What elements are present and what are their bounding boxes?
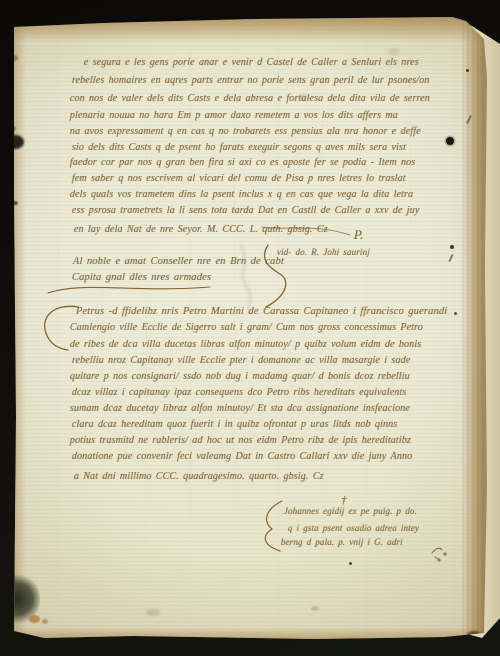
left-edge-brown-spot — [11, 55, 18, 61]
latin-letter-line: rebelliu nroz Capitanay ville Ecclie pte… — [72, 355, 411, 367]
catalan-letter-line: rebelles homaires en aqres parts entrar … — [72, 75, 430, 87]
catalan-letter-line: e segura e les gens porie anar e venir d… — [84, 57, 419, 69]
notarial-tall-mark: † — [341, 494, 348, 506]
catalan-letter-year-line: en lay dela Nat de nre Seyor. M. CCC. L.… — [74, 224, 328, 236]
ink-speck — [349, 562, 352, 565]
catalan-letter-line: dels quals vos trametem dins la psent in… — [70, 189, 414, 201]
foxing-spot — [388, 48, 400, 56]
catalan-letter-dateline: ess psrosa trametrets la li sens tota ta… — [72, 205, 420, 217]
catalan-letter-line: plenaria nouua no hara Em p amor daxo re… — [70, 110, 398, 122]
registration-mark: P. — [354, 229, 364, 241]
bottom-right-dot — [438, 559, 440, 561]
notarial-line: berng d pala. p. vnij i G. adri — [281, 537, 403, 548]
latin-initial-overline-swash — [48, 287, 210, 293]
latin-letter-line: dcaz villaz i capitanay ipaz consequens … — [72, 387, 407, 399]
catalan-letter-line: con nos de valer dels dits Casts e dela … — [70, 93, 430, 105]
ink-speck — [450, 245, 454, 249]
bottom-right-dot — [444, 553, 446, 555]
left-edge-browning — [14, 17, 26, 639]
address-line: Al noble e amat Conseller nre en Brn de … — [73, 256, 284, 268]
left-edge-dark-dash — [11, 201, 18, 205]
catalan-letter-line: fem saber q nos escrivem al vicari del c… — [72, 173, 406, 185]
manuscript-page: e segura e les gens porie anar e venir d… — [14, 17, 487, 639]
left-edge-brown-spot — [10, 126, 16, 131]
ink-speck — [454, 312, 457, 315]
ink-speck — [466, 69, 469, 72]
latin-letter-dateline: donatione pue convenir feci valeamg Dat … — [72, 451, 413, 463]
foxing-spot — [311, 606, 319, 611]
top-edge-browning — [14, 17, 487, 43]
notarial-line: Johannes egidij ex pe puig. p do. — [284, 506, 417, 517]
pen-hair-mark — [448, 254, 453, 262]
vidit-annotation: vid- do. R. Johi saurinj — [277, 247, 370, 258]
notarial-line: q i gsta psent osadio adrea intey — [288, 523, 420, 534]
bottom-left-orange-spot — [29, 615, 40, 623]
latin-letter-line: de ribes de dca villa ducetas libras alf… — [70, 339, 422, 351]
bottom-right-squiggle — [432, 548, 442, 559]
notarial-brace — [265, 501, 282, 551]
latin-letter-line: potius trasmitd ne rableris/ ad hoc ut n… — [70, 435, 411, 447]
catalan-letter-line: na avos expressament q en cas q no troba… — [70, 126, 421, 138]
left-edge-dark-stain — [6, 135, 24, 149]
photo-background: e segura e les gens porie anar e venir d… — [0, 0, 500, 656]
latin-letter-line: quitare p nos consignari/ ssdo nob dug i… — [70, 371, 410, 383]
worm-hole — [446, 137, 454, 145]
latin-letter-line: Petrus -d ffidelibz nris Petro Martini d… — [76, 306, 448, 318]
foxing-spot — [146, 609, 160, 616]
fore-edge-crease — [462, 17, 487, 639]
ink-speck — [135, 18, 139, 21]
latin-letter-year-line: a Nat dni millimo CCC. quadragesimo. qua… — [74, 471, 324, 483]
catalan-letter-line: faedor cor par nos q gran ben fira si ax… — [70, 157, 416, 169]
bottom-left-orange-spot — [42, 619, 48, 624]
latin-letter-line: clara dcaz hereditam quoz fuerit i in qu… — [72, 419, 398, 431]
address-line: Capita gnal dles nres armades — [72, 272, 212, 284]
latin-letter-line: sumam dcaz ducetay libraz alfon minutoy/… — [70, 403, 411, 415]
catalan-letter-line: sio dels dits Casts q de psent ho farats… — [72, 142, 407, 154]
bottom-edge-browning — [14, 627, 487, 639]
latin-letter-line: Camlengio ville Ecclie de Sigerro salt i… — [70, 322, 424, 334]
